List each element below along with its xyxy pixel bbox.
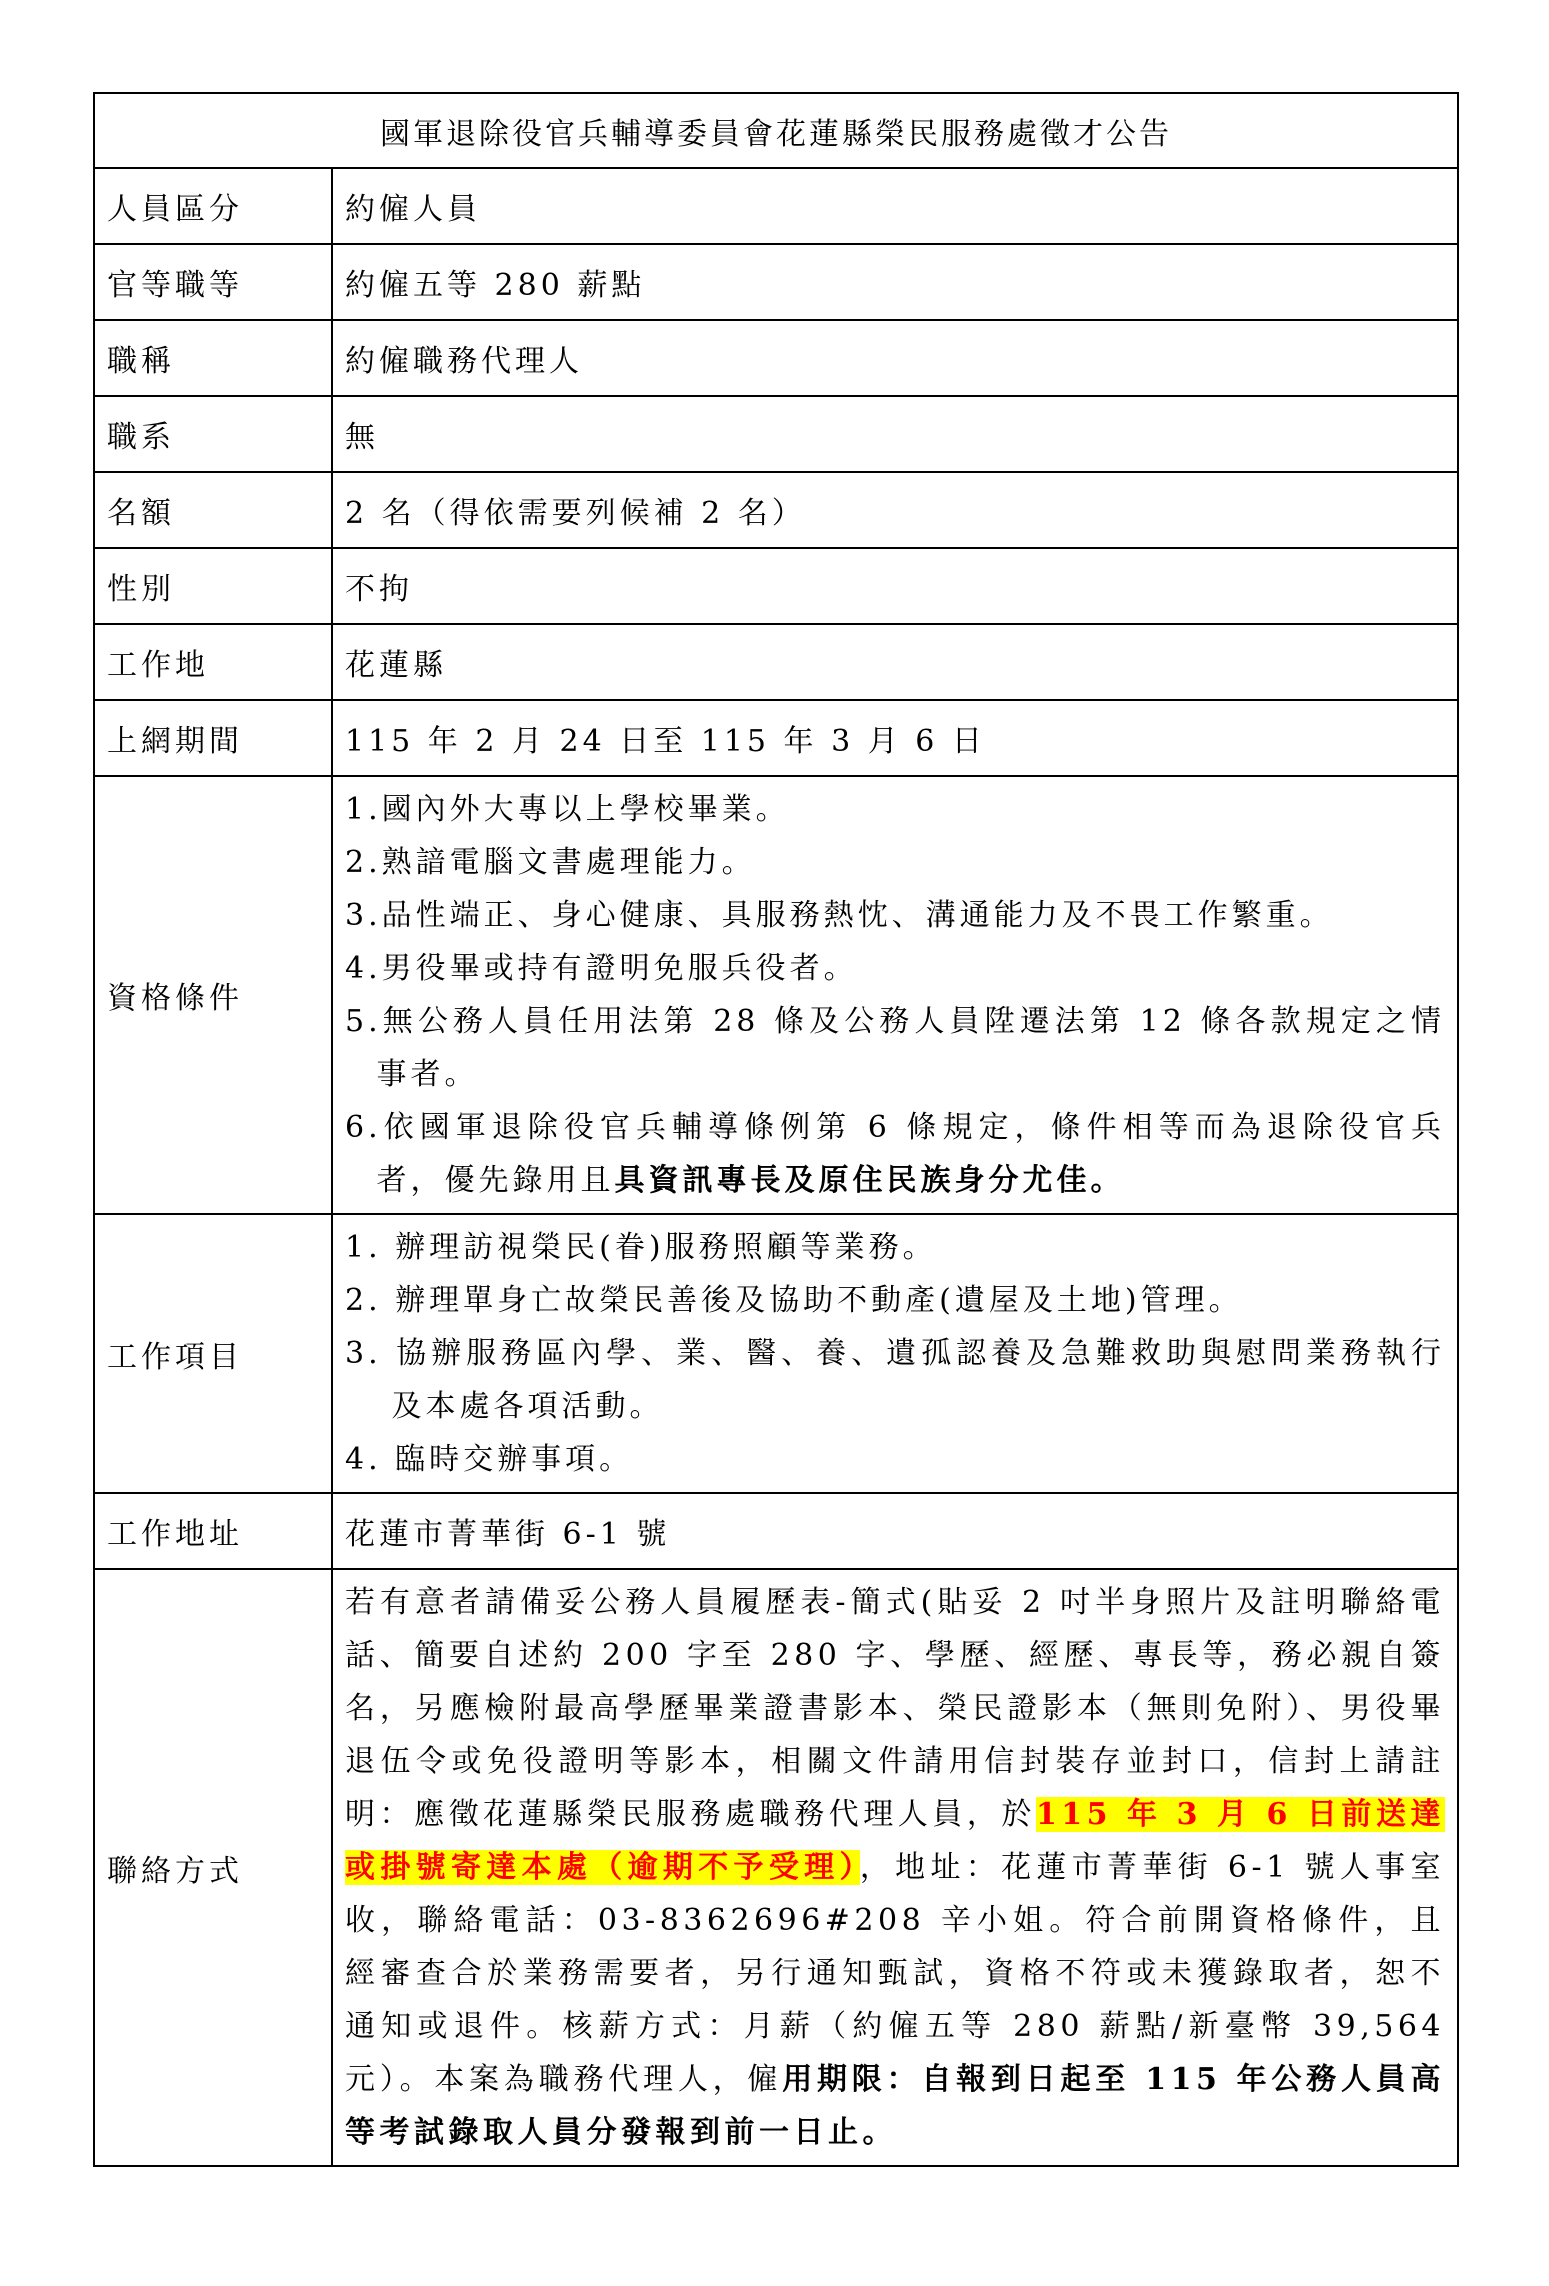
table-row-work-location: 工作地 花蓮縣 bbox=[94, 624, 1458, 700]
list-item: 5.無公務人員任用法第 28 條及公務人員陞遷法第 12 條各款規定之情事者。 bbox=[345, 995, 1445, 1101]
field-label: 人員區分 bbox=[94, 168, 332, 244]
table-row-job-title: 職稱 約僱職務代理人 bbox=[94, 320, 1458, 396]
document-title: 國軍退除役官兵輔導委員會花蓮縣榮民服務處徵才公告 bbox=[94, 93, 1458, 168]
text-segment: 3. 協辦服務區內學、業、醫、養、遺孤認養及急難救助與慰問業務執行及本處各項活動… bbox=[345, 1336, 1445, 1424]
field-label: 性別 bbox=[94, 548, 332, 624]
text-segment: 3.品性端正、身心健康、具服務熱忱、溝通能力及不畏工作繁重。 bbox=[345, 898, 1334, 933]
text-segment: 5.無公務人員任用法第 28 條及公務人員陞遷法第 12 條各款規定之情事者。 bbox=[345, 1004, 1445, 1092]
field-label: 職稱 bbox=[94, 320, 332, 396]
field-value: 花蓮縣 bbox=[332, 624, 1458, 700]
announcement-table: 國軍退除役官兵輔導委員會花蓮縣榮民服務處徵才公告 人員區分 約僱人員 官等職等 … bbox=[93, 92, 1459, 2167]
field-value: 115 年 2 月 24 日至 115 年 3 月 6 日 bbox=[332, 700, 1458, 776]
bold-text: 。 bbox=[1091, 1163, 1125, 1198]
field-value: 約僱五等 280 薪點 bbox=[332, 244, 1458, 320]
table-row-contact: 聯絡方式 若有意者請備妥公務人員履歷表-簡式(貼妥 2 吋半身照片及註明聯絡電話… bbox=[94, 1569, 1458, 2166]
table-row-job-series: 職系 無 bbox=[94, 396, 1458, 472]
list-item: 6.依國軍退除役官兵輔導條例第 6 條規定，條件相等而為退除役官兵者，優先錄用且… bbox=[345, 1101, 1445, 1207]
text-segment: ，地址：花蓮市菁華街 6-1 號人事室收，聯絡電話：03-8362696#208… bbox=[345, 1850, 1445, 2097]
text-segment: 1.國內外大專以上學校畢業。 bbox=[345, 792, 790, 827]
text-segment: 4. 臨時交辦事項。 bbox=[345, 1442, 633, 1477]
list-item: 3. 協辦服務區內學、業、醫、養、遺孤認養及急難救助與慰問業務執行及本處各項活動… bbox=[345, 1327, 1445, 1433]
field-label: 資格條件 bbox=[94, 776, 332, 1214]
list-item: 3.品性端正、身心健康、具服務熱忱、溝通能力及不畏工作繁重。 bbox=[345, 889, 1445, 942]
qualifications-list: 1.國內外大專以上學校畢業。2.熟諳電腦文書處理能力。3.品性端正、身心健康、具… bbox=[345, 783, 1445, 1207]
bold-text: 具資訊專長及原住民族身分尤佳 bbox=[615, 1163, 1091, 1198]
title-row: 國軍退除役官兵輔導委員會花蓮縣榮民服務處徵才公告 bbox=[94, 93, 1458, 168]
list-item: 4. 臨時交辦事項。 bbox=[345, 1433, 1445, 1486]
list-item: 1. 辦理訪視榮民(眷)服務照顧等業務。 bbox=[345, 1221, 1445, 1274]
table-row-posting-period: 上網期間 115 年 2 月 24 日至 115 年 3 月 6 日 bbox=[94, 700, 1458, 776]
field-label: 工作地址 bbox=[94, 1493, 332, 1569]
field-value: 無 bbox=[332, 396, 1458, 472]
field-value: 約僱人員 bbox=[332, 168, 1458, 244]
field-label: 工作地 bbox=[94, 624, 332, 700]
table-row-gender: 性別 不拘 bbox=[94, 548, 1458, 624]
contact-cell: 若有意者請備妥公務人員履歷表-簡式(貼妥 2 吋半身照片及註明聯絡電話、簡要自述… bbox=[332, 1569, 1458, 2166]
contact-paragraph: 若有意者請備妥公務人員履歷表-簡式(貼妥 2 吋半身照片及註明聯絡電話、簡要自述… bbox=[345, 1576, 1445, 2159]
field-value: 約僱職務代理人 bbox=[332, 320, 1458, 396]
page: { "title": "國軍退除役官兵輔導委員會花蓮縣榮民服務處徵才公告", "… bbox=[0, 0, 1549, 2286]
duties-list: 1. 辦理訪視榮民(眷)服務照顧等業務。2. 辦理單身亡故榮民善後及協助不動產(… bbox=[345, 1221, 1445, 1486]
text-segment: 1. 辦理訪視榮民(眷)服務照顧等業務。 bbox=[345, 1230, 937, 1265]
duties-cell: 1. 辦理訪視榮民(眷)服務照顧等業務。2. 辦理單身亡故榮民善後及協助不動產(… bbox=[332, 1214, 1458, 1493]
table-row-work-address: 工作地址 花蓮市菁華街 6-1 號 bbox=[94, 1493, 1458, 1569]
field-value: 不拘 bbox=[332, 548, 1458, 624]
table-row-personnel-category: 人員區分 約僱人員 bbox=[94, 168, 1458, 244]
list-item: 2.熟諳電腦文書處理能力。 bbox=[345, 836, 1445, 889]
text-segment: 2. 辦理單身亡故榮民善後及協助不動產(遺屋及土地)管理。 bbox=[345, 1283, 1243, 1318]
text-segment: 若有意者請備妥公務人員履歷表-簡式(貼妥 2 吋半身照片及註明聯絡電話、簡要自述… bbox=[345, 1585, 1445, 1832]
table-row-qualifications: 資格條件 1.國內外大專以上學校畢業。2.熟諳電腦文書處理能力。3.品性端正、身… bbox=[94, 776, 1458, 1214]
field-label: 工作項目 bbox=[94, 1214, 332, 1493]
list-item: 2. 辦理單身亡故榮民善後及協助不動產(遺屋及土地)管理。 bbox=[345, 1274, 1445, 1327]
list-item: 4.男役畢或持有證明免服兵役者。 bbox=[345, 942, 1445, 995]
text-segment: 2.熟諳電腦文書處理能力。 bbox=[345, 845, 756, 880]
qualifications-cell: 1.國內外大專以上學校畢業。2.熟諳電腦文書處理能力。3.品性端正、身心健康、具… bbox=[332, 776, 1458, 1214]
field-label: 名額 bbox=[94, 472, 332, 548]
field-value: 花蓮市菁華街 6-1 號 bbox=[332, 1493, 1458, 1569]
field-label: 聯絡方式 bbox=[94, 1569, 332, 2166]
text-segment: 4.男役畢或持有證明免服兵役者。 bbox=[345, 951, 858, 986]
field-value: 2 名（得依需要列候補 2 名） bbox=[332, 472, 1458, 548]
table-row-rank-grade: 官等職等 約僱五等 280 薪點 bbox=[94, 244, 1458, 320]
field-label: 上網期間 bbox=[94, 700, 332, 776]
field-label: 職系 bbox=[94, 396, 332, 472]
list-item: 1.國內外大專以上學校畢業。 bbox=[345, 783, 1445, 836]
field-label: 官等職等 bbox=[94, 244, 332, 320]
table-row-duties: 工作項目 1. 辦理訪視榮民(眷)服務照顧等業務。2. 辦理單身亡故榮民善後及協… bbox=[94, 1214, 1458, 1493]
table-row-quota: 名額 2 名（得依需要列候補 2 名） bbox=[94, 472, 1458, 548]
